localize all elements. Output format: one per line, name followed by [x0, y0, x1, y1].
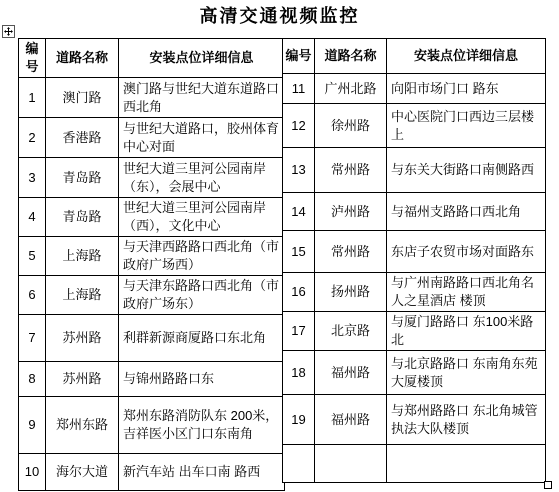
detail-cell: 与世纪大道路口，胶州体育中心对面 — [119, 118, 285, 158]
page-title: 高清交通视频监控 — [0, 2, 559, 28]
table-row: 4青岛路世纪大道三里河公园南岸（西），文化中心 — [19, 198, 285, 237]
detail-cell: 郑州东路消防队东 200米，吉祥医小区门口东南角 — [119, 397, 285, 454]
road-name-cell: 澳门路 — [46, 78, 119, 118]
row-number-cell: 7 — [19, 315, 46, 362]
row-number-cell: 11 — [283, 74, 315, 104]
header-row: 编号 道路名称 安装点位详细信息 — [283, 39, 546, 74]
road-name-cell: 上海路 — [46, 237, 119, 276]
row-number-cell: 4 — [19, 198, 46, 237]
detail-cell: 向阳市场门口 路东 — [387, 74, 546, 104]
table-row: 7苏州路利群新源商厦路口东北角 — [19, 315, 285, 362]
table-row: 17北京路与厦门路路口 东100米路北 — [283, 312, 546, 351]
table-row: 11广州北路向阳市场门口 路东 — [283, 74, 546, 104]
column-header-detail: 安装点位详细信息 — [387, 39, 546, 74]
detail-cell — [387, 445, 546, 483]
road-name-cell: 广州北路 — [315, 74, 387, 104]
row-number-cell: 19 — [283, 395, 315, 445]
row-number-cell: 6 — [19, 276, 46, 315]
road-name-cell: 福州路 — [315, 395, 387, 445]
detail-cell: 与天津东路路口西北角（市政府广场东） — [119, 276, 285, 315]
road-name-cell: 北京路 — [315, 312, 387, 351]
road-name-cell: 郑州东路 — [46, 397, 119, 454]
row-number-cell: 15 — [283, 231, 315, 273]
table-body-right: 11广州北路向阳市场门口 路东12徐州路中心医院门口西边三层楼上13常州路与东关… — [283, 74, 546, 483]
table-row: 14泸州路与福州支路路口西北角 — [283, 193, 546, 231]
detail-cell: 与郑州路路口 东北角城管执法大队楼顶 — [387, 395, 546, 445]
row-number-cell: 10 — [19, 454, 46, 491]
detail-cell: 利群新源商厦路口东北角 — [119, 315, 285, 362]
road-name-cell: 常州路 — [315, 231, 387, 273]
detail-cell: 与福州支路路口西北角 — [387, 193, 546, 231]
table-row: 1澳门路澳门路与世纪大道东道路口西北角 — [19, 78, 285, 118]
road-name-cell: 苏州路 — [46, 362, 119, 397]
detail-cell: 与东关大街路口南侧路西 — [387, 148, 546, 193]
row-number-cell: 2 — [19, 118, 46, 158]
row-number-cell: 1 — [19, 78, 46, 118]
road-name-cell: 香港路 — [46, 118, 119, 158]
row-number-cell: 18 — [283, 351, 315, 395]
table-row: 16扬州路与广州南路路口西北角名人之星酒店 楼顶 — [283, 273, 546, 312]
table-row: 8苏州路与锦州路路口东 — [19, 362, 285, 397]
road-name-cell: 海尔大道 — [46, 454, 119, 491]
row-number-cell: 14 — [283, 193, 315, 231]
table-row: 3青岛路世纪大道三里河公园南岸（东），会展中心 — [19, 158, 285, 198]
detail-cell: 与锦州路路口东 — [119, 362, 285, 397]
column-header-number: 编号 — [283, 39, 315, 74]
table-row: 19福州路与郑州路路口 东北角城管执法大队楼顶 — [283, 395, 546, 445]
column-header-road: 道路名称 — [315, 39, 387, 74]
column-header-road: 道路名称 — [46, 39, 119, 78]
table-row: 12徐州路中心医院门口西边三层楼上 — [283, 104, 546, 148]
row-number-cell: 8 — [19, 362, 46, 397]
road-name-cell: 徐州路 — [315, 104, 387, 148]
road-name-cell — [315, 445, 387, 483]
row-number-cell: 13 — [283, 148, 315, 193]
detail-cell: 中心医院门口西边三层楼上 — [387, 104, 546, 148]
row-number-cell: 12 — [283, 104, 315, 148]
table-row: 18福州路与北京路路口 东南角东苑大厦楼顶 — [283, 351, 546, 395]
row-number-cell: 16 — [283, 273, 315, 312]
monitor-table-right: 编号 道路名称 安装点位详细信息 11广州北路向阳市场门口 路东12徐州路中心医… — [282, 38, 546, 483]
detail-cell: 新汽车站 出车口南 路西 — [119, 454, 285, 491]
detail-cell: 澳门路与世纪大道东道路口西北角 — [119, 78, 285, 118]
table-row: 10海尔大道新汽车站 出车口南 路西 — [19, 454, 285, 491]
monitor-table-left: 编号 道路名称 安装点位详细信息 1澳门路澳门路与世纪大道东道路口西北角2香港路… — [18, 38, 285, 491]
road-name-cell: 福州路 — [315, 351, 387, 395]
detail-cell: 与广州南路路口西北角名人之星酒店 楼顶 — [387, 273, 546, 312]
road-name-cell: 上海路 — [46, 276, 119, 315]
table-row — [283, 445, 546, 483]
column-header-number: 编号 — [19, 39, 46, 78]
table-row: 6上海路与天津东路路口西北角（市政府广场东） — [19, 276, 285, 315]
road-name-cell: 扬州路 — [315, 273, 387, 312]
row-number-cell — [283, 445, 315, 483]
move-arrows-icon — [4, 27, 13, 36]
table-resize-handle-icon[interactable] — [544, 481, 552, 489]
detail-cell: 世纪大道三里河公园南岸（西），文化中心 — [119, 198, 285, 237]
table-row: 2香港路与世纪大道路口，胶州体育中心对面 — [19, 118, 285, 158]
road-name-cell: 常州路 — [315, 148, 387, 193]
row-number-cell: 17 — [283, 312, 315, 351]
row-number-cell: 9 — [19, 397, 46, 454]
table-move-handle-icon[interactable] — [2, 25, 15, 38]
table-row: 5上海路与天津西路路口西北角（市政府广场西） — [19, 237, 285, 276]
road-name-cell: 泸州路 — [315, 193, 387, 231]
road-name-cell: 青岛路 — [46, 198, 119, 237]
table-row: 9郑州东路郑州东路消防队东 200米，吉祥医小区门口东南角 — [19, 397, 285, 454]
road-name-cell: 青岛路 — [46, 158, 119, 198]
detail-cell: 东店子农贸市场对面路东 — [387, 231, 546, 273]
detail-cell: 世纪大道三里河公园南岸（东），会展中心 — [119, 158, 285, 198]
table-row: 13常州路与东关大街路口南侧路西 — [283, 148, 546, 193]
table-row: 15常州路东店子农贸市场对面路东 — [283, 231, 546, 273]
row-number-cell: 5 — [19, 237, 46, 276]
header-row: 编号 道路名称 安装点位详细信息 — [19, 39, 285, 78]
column-header-detail: 安装点位详细信息 — [119, 39, 285, 78]
table-body-left: 1澳门路澳门路与世纪大道东道路口西北角2香港路与世纪大道路口，胶州体育中心对面3… — [19, 78, 285, 491]
detail-cell: 与天津西路路口西北角（市政府广场西） — [119, 237, 285, 276]
detail-cell: 与厦门路路口 东100米路北 — [387, 312, 546, 351]
row-number-cell: 3 — [19, 158, 46, 198]
detail-cell: 与北京路路口 东南角东苑大厦楼顶 — [387, 351, 546, 395]
road-name-cell: 苏州路 — [46, 315, 119, 362]
